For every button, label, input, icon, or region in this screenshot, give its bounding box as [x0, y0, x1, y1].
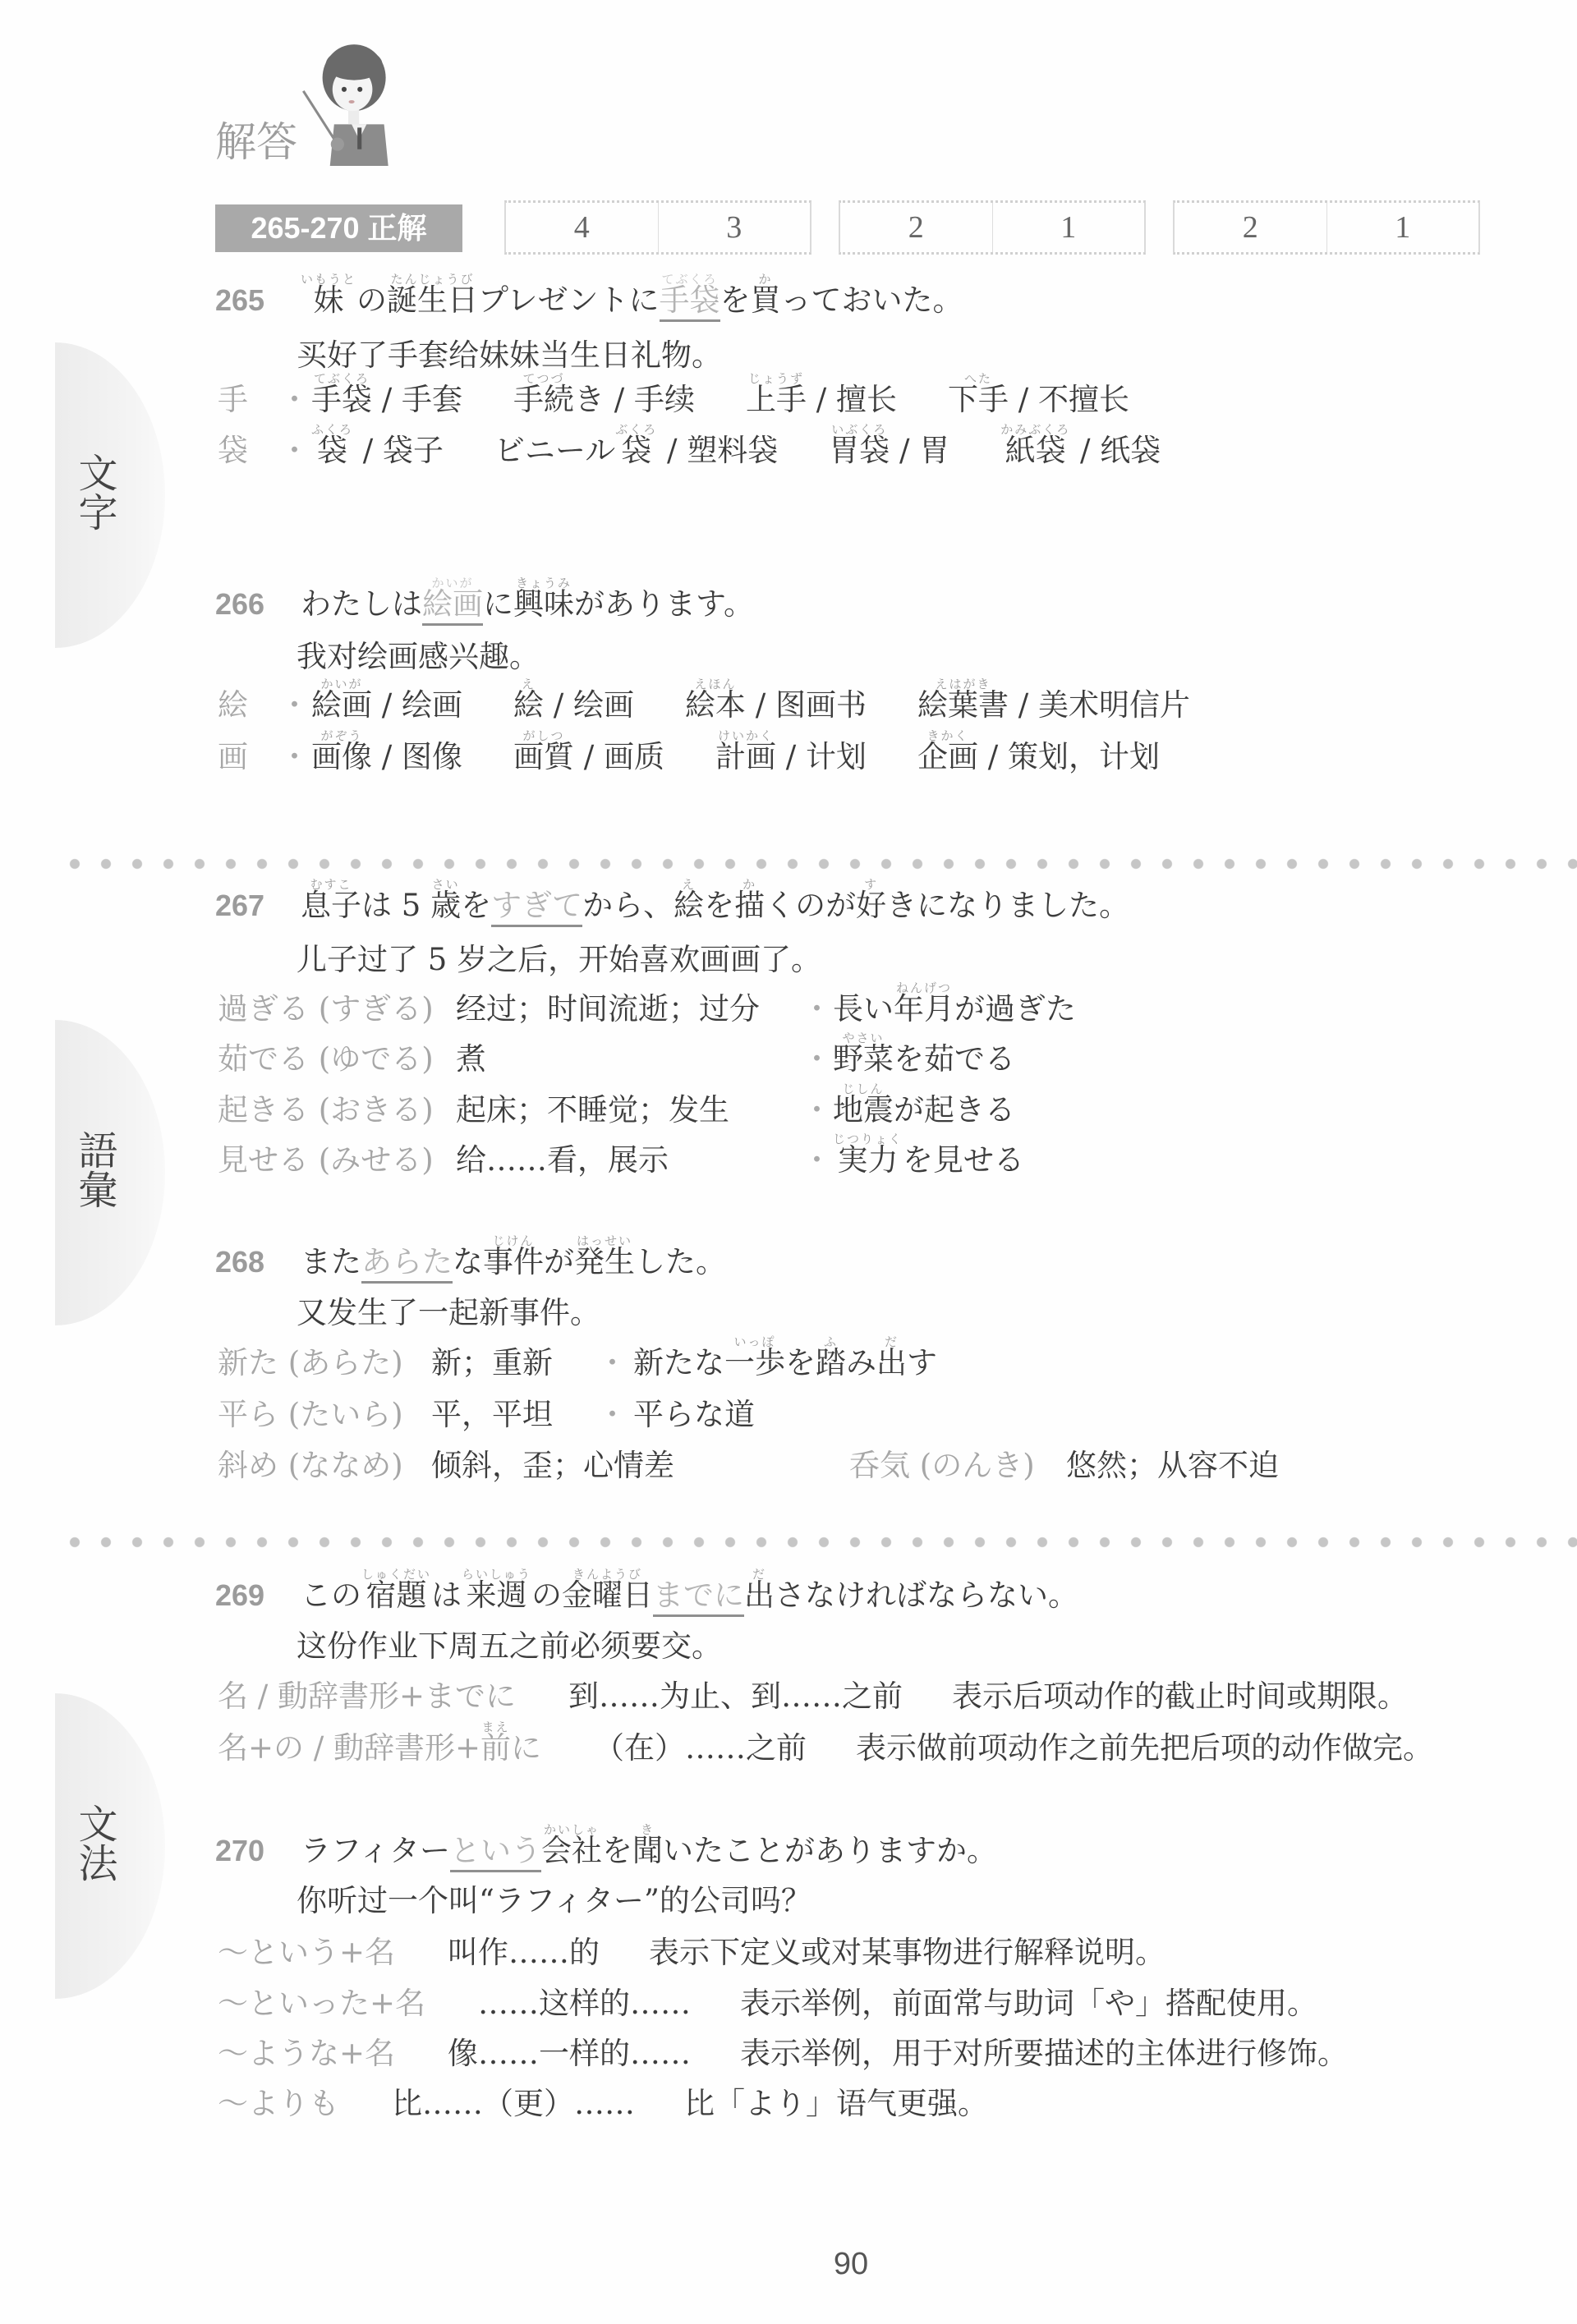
ruby-word: 画像がぞう: [311, 741, 372, 774]
vocab-word: 見せる (みせる): [218, 1144, 434, 1177]
translation: 买好了手套给妹妹当生日礼物。: [297, 339, 722, 372]
vocab-meaning: 给……看，展示: [456, 1144, 669, 1177]
grammar-row: ～よりも比……（更）……比「より」语气更强。: [218, 2087, 988, 2120]
underlined-target-word: すぎて: [491, 889, 582, 922]
text-run: プレゼントに: [478, 282, 660, 318]
text-run: / 擅长: [807, 382, 897, 417]
furigana: がしつ: [522, 730, 564, 742]
translation: 儿子过了 5 岁之后，开始喜欢画画了。: [297, 944, 821, 976]
furigana: たんじょうび: [390, 273, 474, 286]
ruby-word: 聞き: [632, 1835, 663, 1867]
kanji-items: 袋ふくろ / 袋子ビニール袋ぶくろ / 塑料袋胃袋いぶくろ / 胃紙袋かみぶくろ…: [311, 434, 1161, 467]
vocab-item: 手続てつづき / 手续: [513, 384, 695, 416]
translation: 我对绘画感兴趣。: [297, 641, 540, 673]
text-run: 新たな: [633, 1345, 724, 1380]
side-tab-label: 文字: [73, 452, 116, 531]
answer-cell-270: 1: [1326, 203, 1479, 252]
side-tab-label: 文法: [73, 1803, 116, 1882]
question-sentence: ラフィターという会社かいしゃを聞きいたことがありますか。: [301, 1835, 997, 1867]
furigana: ふ: [824, 1336, 838, 1348]
furigana: いもうと: [301, 273, 356, 286]
furigana: かいが: [320, 678, 362, 691]
ruby-word: 下手へた: [948, 384, 1009, 416]
ruby-word: 金曜日きんようび: [562, 1579, 653, 1612]
grammar-pattern: 名 / 動辞書形+までに: [218, 1679, 516, 1714]
dotted-separator: [69, 858, 1577, 870]
ruby-word: 絵え: [674, 889, 704, 922]
vocab-item: 絵え / 绘画: [513, 689, 634, 722]
vocab-meaning: 起床；不睡觉；发生: [456, 1094, 729, 1127]
text-run: に: [483, 586, 513, 622]
vocab-example: 新たな一歩いっぽを踏ふみ出だす: [633, 1347, 937, 1380]
kanji-label: 手: [218, 384, 248, 416]
answer-range-badge: 265-270 正解: [215, 204, 462, 252]
grammar-pattern: ～という+名: [218, 1935, 395, 1970]
question-sentence: 妹いもうとの誕生日たんじょうびプレゼントに手袋てぶくろを買かっておいた。: [301, 284, 963, 317]
furigana: ふくろ: [311, 424, 353, 436]
ruby-word: 息子むすこ: [301, 889, 361, 922]
question-sentence: わたしは絵画かいがに興味きょうみがあります。: [301, 588, 754, 621]
ruby-word: 手続てつづ: [513, 384, 574, 416]
ruby-word: 計画けいかく: [715, 741, 776, 774]
vocab-word: 斜め (ななめ): [218, 1449, 403, 1482]
ruby-word: 出だ: [744, 1579, 775, 1612]
ruby-word: 絵え: [513, 689, 544, 722]
furigana: てぶくろ: [314, 373, 370, 385]
grammar-row: 名 / 動辞書形+までに到……为止、到……之前表示后项动作的截止时间或期限。: [218, 1680, 1408, 1713]
text-run: が過ぎた: [954, 991, 1076, 1027]
answer-cell-268: 1: [992, 203, 1145, 252]
translation: 你听过一个叫“ラフィター”的公司吗？: [297, 1885, 811, 1918]
text-run: / 纸袋: [1070, 433, 1161, 468]
vocab-item: 紙袋かみぶくろ / 纸袋: [1000, 434, 1161, 467]
furigana: らいしゅう: [462, 1568, 531, 1581]
text-run: いたことがありますか。: [663, 1833, 997, 1868]
ruby-word: 上手じょうず: [746, 384, 807, 416]
kanji-items: 手袋てぶくろ / 手套手続てつづき / 手续上手じょうず / 擅长下手へた / …: [311, 384, 1129, 416]
vocab-example: 長い年月ねんげつが過ぎた: [833, 993, 1076, 1026]
bullet: ・: [597, 1347, 628, 1380]
vocab-item: 絵葉書えはがき / 美术明信片: [917, 689, 1190, 722]
bullet: ・: [597, 1399, 628, 1431]
furigana: ぶくろ: [615, 424, 657, 436]
furigana: きかく: [926, 730, 968, 742]
bullet: ・: [279, 434, 310, 467]
text-run: が起きる: [894, 1092, 1015, 1128]
text-run: 名 / 動辞書形+までに: [218, 1679, 516, 1714]
side-tab-goi: 語彙: [55, 1020, 165, 1325]
furigana: え: [522, 678, 536, 691]
text-run: きになりました。: [886, 888, 1129, 923]
furigana: かいが: [431, 577, 473, 590]
ruby-word: 野菜やさい: [833, 1043, 894, 1076]
question-number: 266: [215, 588, 264, 621]
text-run: っておいた。: [781, 282, 963, 318]
vocab-meaning: 平，平坦: [431, 1399, 553, 1431]
furigana: ねんげつ: [896, 982, 952, 994]
ruby-word: 袋ぶくろ: [615, 434, 657, 467]
furigana: き: [641, 1824, 655, 1836]
text-run: この: [301, 1578, 361, 1613]
vocab-item: 画質がしつ / 画质: [513, 741, 664, 774]
page-title: 解答: [215, 120, 297, 164]
answer-cell-266: 3: [658, 203, 811, 252]
bullet: ・: [802, 993, 832, 1026]
vocab-item: 胃袋いぶくろ / 胃: [829, 434, 949, 467]
grammar-meaning: 像……一样的……: [448, 2036, 691, 2071]
text-run: / 胃: [890, 433, 949, 468]
ruby-word: 紙袋かみぶくろ: [1000, 434, 1070, 467]
ruby-word: 来週らいしゅう: [462, 1579, 531, 1612]
page-number: 90: [810, 2246, 892, 2282]
vocab-word: 茹でる (ゆでる): [218, 1043, 434, 1076]
text-run: が: [544, 1244, 574, 1279]
grammar-pattern: 名+の / 動辞書形+前まえに: [218, 1730, 541, 1766]
furigana: がぞう: [320, 730, 362, 742]
teacher-mascot-icon: [301, 39, 393, 166]
answer-cell-269: 2: [1175, 203, 1326, 252]
furigana: だ: [885, 1336, 899, 1348]
grammar-row: ～といった+名……这样的……表示举例，前面常与助词「や」搭配使用。: [218, 1987, 1317, 2020]
answer-group-2: 2 1: [839, 200, 1146, 255]
text-run: 平らな道: [633, 1397, 755, 1432]
text-run: 長い: [833, 991, 894, 1027]
furigana: むすこ: [310, 879, 352, 891]
vocab-item: 下手へた / 不擅长: [948, 384, 1129, 416]
furigana: はっせい: [577, 1235, 632, 1247]
underlined-target-word: あらた: [361, 1246, 453, 1279]
ruby-word: 絵画かいが: [311, 689, 372, 722]
ruby-word: 胃袋いぶくろ: [829, 434, 890, 467]
furigana: しゅくだい: [361, 1568, 431, 1581]
grammar-note: 表示举例，用于对所要描述的主体进行修饰。: [740, 2036, 1348, 2071]
text-run: は: [431, 1578, 462, 1613]
text-run: / 塑料袋: [657, 433, 778, 468]
answer-group-3: 2 1: [1173, 200, 1480, 255]
text-run: / 图像: [372, 739, 462, 774]
ruby-word: 会社かいしゃ: [541, 1835, 602, 1867]
text-run: / 不擅长: [1009, 382, 1129, 417]
furigana: てぶくろ: [662, 273, 718, 286]
furigana: へた: [964, 373, 992, 385]
text-run: / 图画书: [746, 687, 867, 723]
ruby-word: 実力じつりょく: [833, 1144, 903, 1177]
furigana: やさい: [842, 1032, 884, 1045]
grammar-pattern: ～といった+名: [218, 1986, 425, 2021]
translation: 又发生了一起新事件。: [297, 1297, 600, 1330]
furigana: まえ: [481, 1721, 509, 1734]
text-run: を見せる: [903, 1142, 1024, 1178]
side-tab-label: 語彙: [73, 1130, 116, 1209]
grammar-note: 表示下定义或对某事物进行解释说明。: [649, 1935, 1166, 1970]
furigana: きょうみ: [516, 577, 572, 590]
furigana: えはがき: [935, 678, 991, 691]
text-run: / 画质: [574, 739, 664, 774]
text-run: さなければならない。: [775, 1578, 1078, 1613]
ruby-word: 画質がしつ: [513, 741, 574, 774]
question-sentence: またあらたな事件じけんが発生はっせいした。: [301, 1246, 726, 1279]
furigana: きんようび: [572, 1568, 642, 1581]
vocab-meaning: 新；重新: [431, 1347, 553, 1380]
vocab-word-related: 呑気 (のんき): [849, 1449, 1035, 1482]
text-run: から、: [582, 888, 674, 923]
ruby-word: 出だ: [876, 1347, 907, 1380]
answer-cell-265: 4: [506, 203, 658, 252]
vocab-item: 手袋てぶくろ / 手套: [311, 384, 462, 416]
furigana: いっぽ: [733, 1336, 775, 1348]
ruby-word: 興味きょうみ: [513, 588, 574, 621]
kanji-items: 絵画かいが / 绘画絵え / 绘画絵本えほん / 图画书絵葉書えはがき / 美术…: [311, 689, 1190, 722]
kanji-label: 袋: [218, 434, 248, 467]
ruby-word: 誕生日たんじょうび: [387, 284, 478, 317]
text-run: / 绘画: [544, 687, 634, 723]
grammar-row: ～という+名叫作……的表示下定义或对某事物进行解释说明。: [218, 1936, 1166, 1969]
vocab-meaning: 经过；时间流逝；过分: [456, 993, 760, 1026]
ruby-word: 手袋てぶくろ: [311, 384, 372, 416]
vocab-item: 上手じょうず / 擅长: [746, 384, 897, 416]
furigana: え: [682, 879, 696, 891]
text-run: / 美术明信片: [1009, 687, 1190, 723]
furigana: か: [759, 273, 773, 286]
vocab-example: 平らな道: [633, 1399, 755, 1431]
vocab-item: 絵画かいが / 绘画: [311, 689, 462, 722]
underlined-target-word: までに: [653, 1579, 744, 1612]
vocab-meaning: 倾斜，歪；心情差: [431, 1449, 674, 1482]
ruby-word: 袋ふくろ: [311, 434, 353, 467]
vocab-meaning-related: 悠然；从容不迫: [1066, 1449, 1279, 1482]
ruby-word: 妹いもうと: [301, 284, 356, 317]
ruby-word: 踏ふ: [816, 1347, 846, 1380]
grammar-note: 比「より」语气更强。: [684, 2086, 988, 2121]
furigana: じしん: [842, 1083, 884, 1095]
dotted-separator: [69, 1536, 1577, 1548]
text-run: は 5: [361, 888, 430, 923]
text-run: した。: [635, 1244, 726, 1279]
bullet: ・: [802, 1043, 832, 1076]
grammar-note: 表示后项动作的截止时间或期限。: [952, 1679, 1408, 1714]
underlined-target-word: 絵画かいが: [422, 588, 483, 621]
grammar-meaning: 到……为止、到……之前: [568, 1679, 903, 1714]
text-run: ビニール: [494, 433, 615, 468]
grammar-row: 名+の / 動辞書形+前まえに（在）……之前表示做前项动作之前先把后项的动作做完…: [218, 1732, 1433, 1765]
text-run: を: [602, 1833, 632, 1868]
text-run: / 绘画: [372, 687, 462, 723]
text-run: を: [461, 888, 491, 923]
answer-cell-267: 2: [840, 203, 992, 252]
text-run: み: [846, 1345, 876, 1380]
vocab-example: 実力じつりょくを見せる: [833, 1144, 1024, 1177]
ruby-word: 発生はっせい: [574, 1246, 635, 1279]
translation: 这份作业下周五之前必须要交。: [297, 1630, 722, 1663]
ruby-word: 事件じけん: [483, 1246, 544, 1279]
question-number: 269: [215, 1579, 264, 1612]
furigana: じつりょく: [833, 1133, 903, 1146]
bullet: ・: [279, 689, 310, 722]
question-number: 265: [215, 284, 264, 317]
grammar-meaning: ……这样的……: [478, 1986, 691, 2021]
kanji-items: 画像がぞう / 图像画質がしつ / 画质計画けいかく / 计划企画きかく / 策…: [311, 741, 1160, 774]
ruby-word: 年月ねんげつ: [894, 993, 954, 1026]
bullet: ・: [279, 384, 310, 416]
grammar-meaning: （在）……之前: [594, 1730, 807, 1766]
text-run: ～という+名: [218, 1935, 395, 1970]
side-tab-moji: 文字: [55, 342, 165, 648]
text-run: / 袋子: [353, 433, 444, 468]
vocab-word: 過ぎる (すぎる): [218, 993, 434, 1026]
text-run: ～といった+名: [218, 1986, 425, 2021]
vocab-item: 計画けいかく / 计划: [715, 741, 867, 774]
bullet: ・: [802, 1144, 832, 1177]
text-run: わたしは: [301, 586, 422, 622]
grammar-pattern: ～ような+名: [218, 2036, 395, 2071]
text-run: を茹でる: [894, 1041, 1015, 1077]
ruby-word: 地震じしん: [833, 1094, 894, 1127]
furigana: さい: [432, 879, 460, 891]
text-run: ～ような+名: [218, 2036, 395, 2071]
ruby-word: 描か: [734, 889, 765, 922]
kanji-label: 画: [218, 741, 248, 774]
kanji-label: 絵: [218, 689, 248, 722]
text-run: を: [785, 1345, 816, 1380]
vocab-item: ビニール袋ぶくろ / 塑料袋: [494, 434, 778, 467]
ruby-word: 一歩いっぽ: [724, 1347, 785, 1380]
text-run: す: [907, 1345, 937, 1380]
vocab-example: 地震じしんが起きる: [833, 1094, 1015, 1127]
question-number: 267: [215, 889, 264, 922]
grammar-meaning: 比……（更）……: [392, 2086, 635, 2121]
answer-group-1: 4 3: [504, 200, 811, 255]
ruby-word: 好す: [856, 889, 886, 922]
furigana: けいかく: [718, 730, 774, 742]
question-number: 270: [215, 1835, 264, 1867]
ruby-word: 歳さい: [430, 889, 461, 922]
text-run: の: [531, 1578, 562, 1613]
furigana: だ: [752, 1568, 766, 1581]
vocab-item: 画像がぞう / 图像: [311, 741, 462, 774]
underlined-target-word: 手袋てぶくろ: [660, 284, 720, 317]
furigana: じけん: [492, 1235, 534, 1247]
vocab-item: 絵本えほん / 图画书: [685, 689, 867, 722]
furigana: いぶくろ: [831, 424, 887, 436]
text-run: な: [453, 1244, 483, 1279]
underlined-target-word: という: [450, 1835, 541, 1867]
question-number: 268: [215, 1246, 264, 1279]
grammar-meaning: 叫作……的: [448, 1935, 600, 1970]
text-run: ラフィター: [301, 1833, 450, 1868]
ruby-word: 絵本えほん: [685, 689, 746, 722]
furigana: じょうず: [748, 373, 804, 385]
text-run: 名+の / 動辞書形+: [218, 1730, 480, 1766]
text-run: / 手套: [372, 382, 462, 417]
side-tab-bunpou: 文法: [55, 1693, 165, 1999]
ruby-word: 宿題しゅくだい: [361, 1579, 431, 1612]
answer-page: 文字 語彙 文法 解答 265-270 正解 4 3 2 1 2 1 265 妹…: [0, 0, 1577, 2324]
ruby-word: 企画きかく: [917, 741, 978, 774]
ruby-word: 買か: [751, 284, 781, 317]
vocab-example: 野菜やさいを茹でる: [833, 1043, 1015, 1076]
text-run: / 计划: [776, 739, 867, 774]
grammar-pattern: ～よりも: [218, 2086, 339, 2121]
bullet: ・: [802, 1094, 832, 1127]
text-run: / 策划，计划: [978, 739, 1160, 774]
text-run: の: [356, 282, 387, 318]
vocab-item: 企画きかく / 策划，计划: [917, 741, 1160, 774]
text-run: があります。: [574, 586, 754, 622]
text-run: ～よりも: [218, 2086, 339, 2121]
text-run: を: [720, 282, 751, 318]
vocab-word: 新た (あらた): [218, 1347, 403, 1380]
text-run: また: [301, 1244, 361, 1279]
text-run: き / 手续: [574, 382, 695, 417]
furigana: か: [743, 879, 756, 891]
furigana: てつづ: [522, 373, 564, 385]
grammar-row: ～ような+名像……一样的……表示举例，用于对所要描述的主体进行修饰。: [218, 2037, 1348, 2070]
grammar-note: 表示举例，前面常与助词「や」搭配使用。: [740, 1986, 1317, 2021]
ruby-word: 絵葉書えはがき: [917, 689, 1009, 722]
text-run: を: [704, 888, 734, 923]
vocab-word: 平ら (たいら): [218, 1399, 403, 1431]
furigana: かみぶくろ: [1000, 424, 1070, 436]
text-run: に: [511, 1730, 541, 1766]
vocab-item: 袋ふくろ / 袋子: [311, 434, 444, 467]
ruby-word: 前まえ: [480, 1732, 511, 1765]
furigana: す: [864, 879, 878, 891]
question-sentence: この宿題しゅくだいは来週らいしゅうの金曜日きんようびまでに出ださなければならない…: [301, 1579, 1078, 1612]
bullet: ・: [279, 741, 310, 774]
vocab-word: 起きる (おきる): [218, 1094, 434, 1127]
question-sentence: 息子むすこは 5 歳さいをすぎてから、絵えを描かくのが好すきになりました。: [301, 889, 1129, 922]
furigana: かいしゃ: [544, 1824, 600, 1836]
text-run: くのが: [765, 888, 856, 923]
furigana: えほん: [694, 678, 736, 691]
vocab-meaning: 煮: [456, 1043, 486, 1076]
grammar-note: 表示做前项动作之前先把后项的动作做完。: [856, 1730, 1433, 1766]
